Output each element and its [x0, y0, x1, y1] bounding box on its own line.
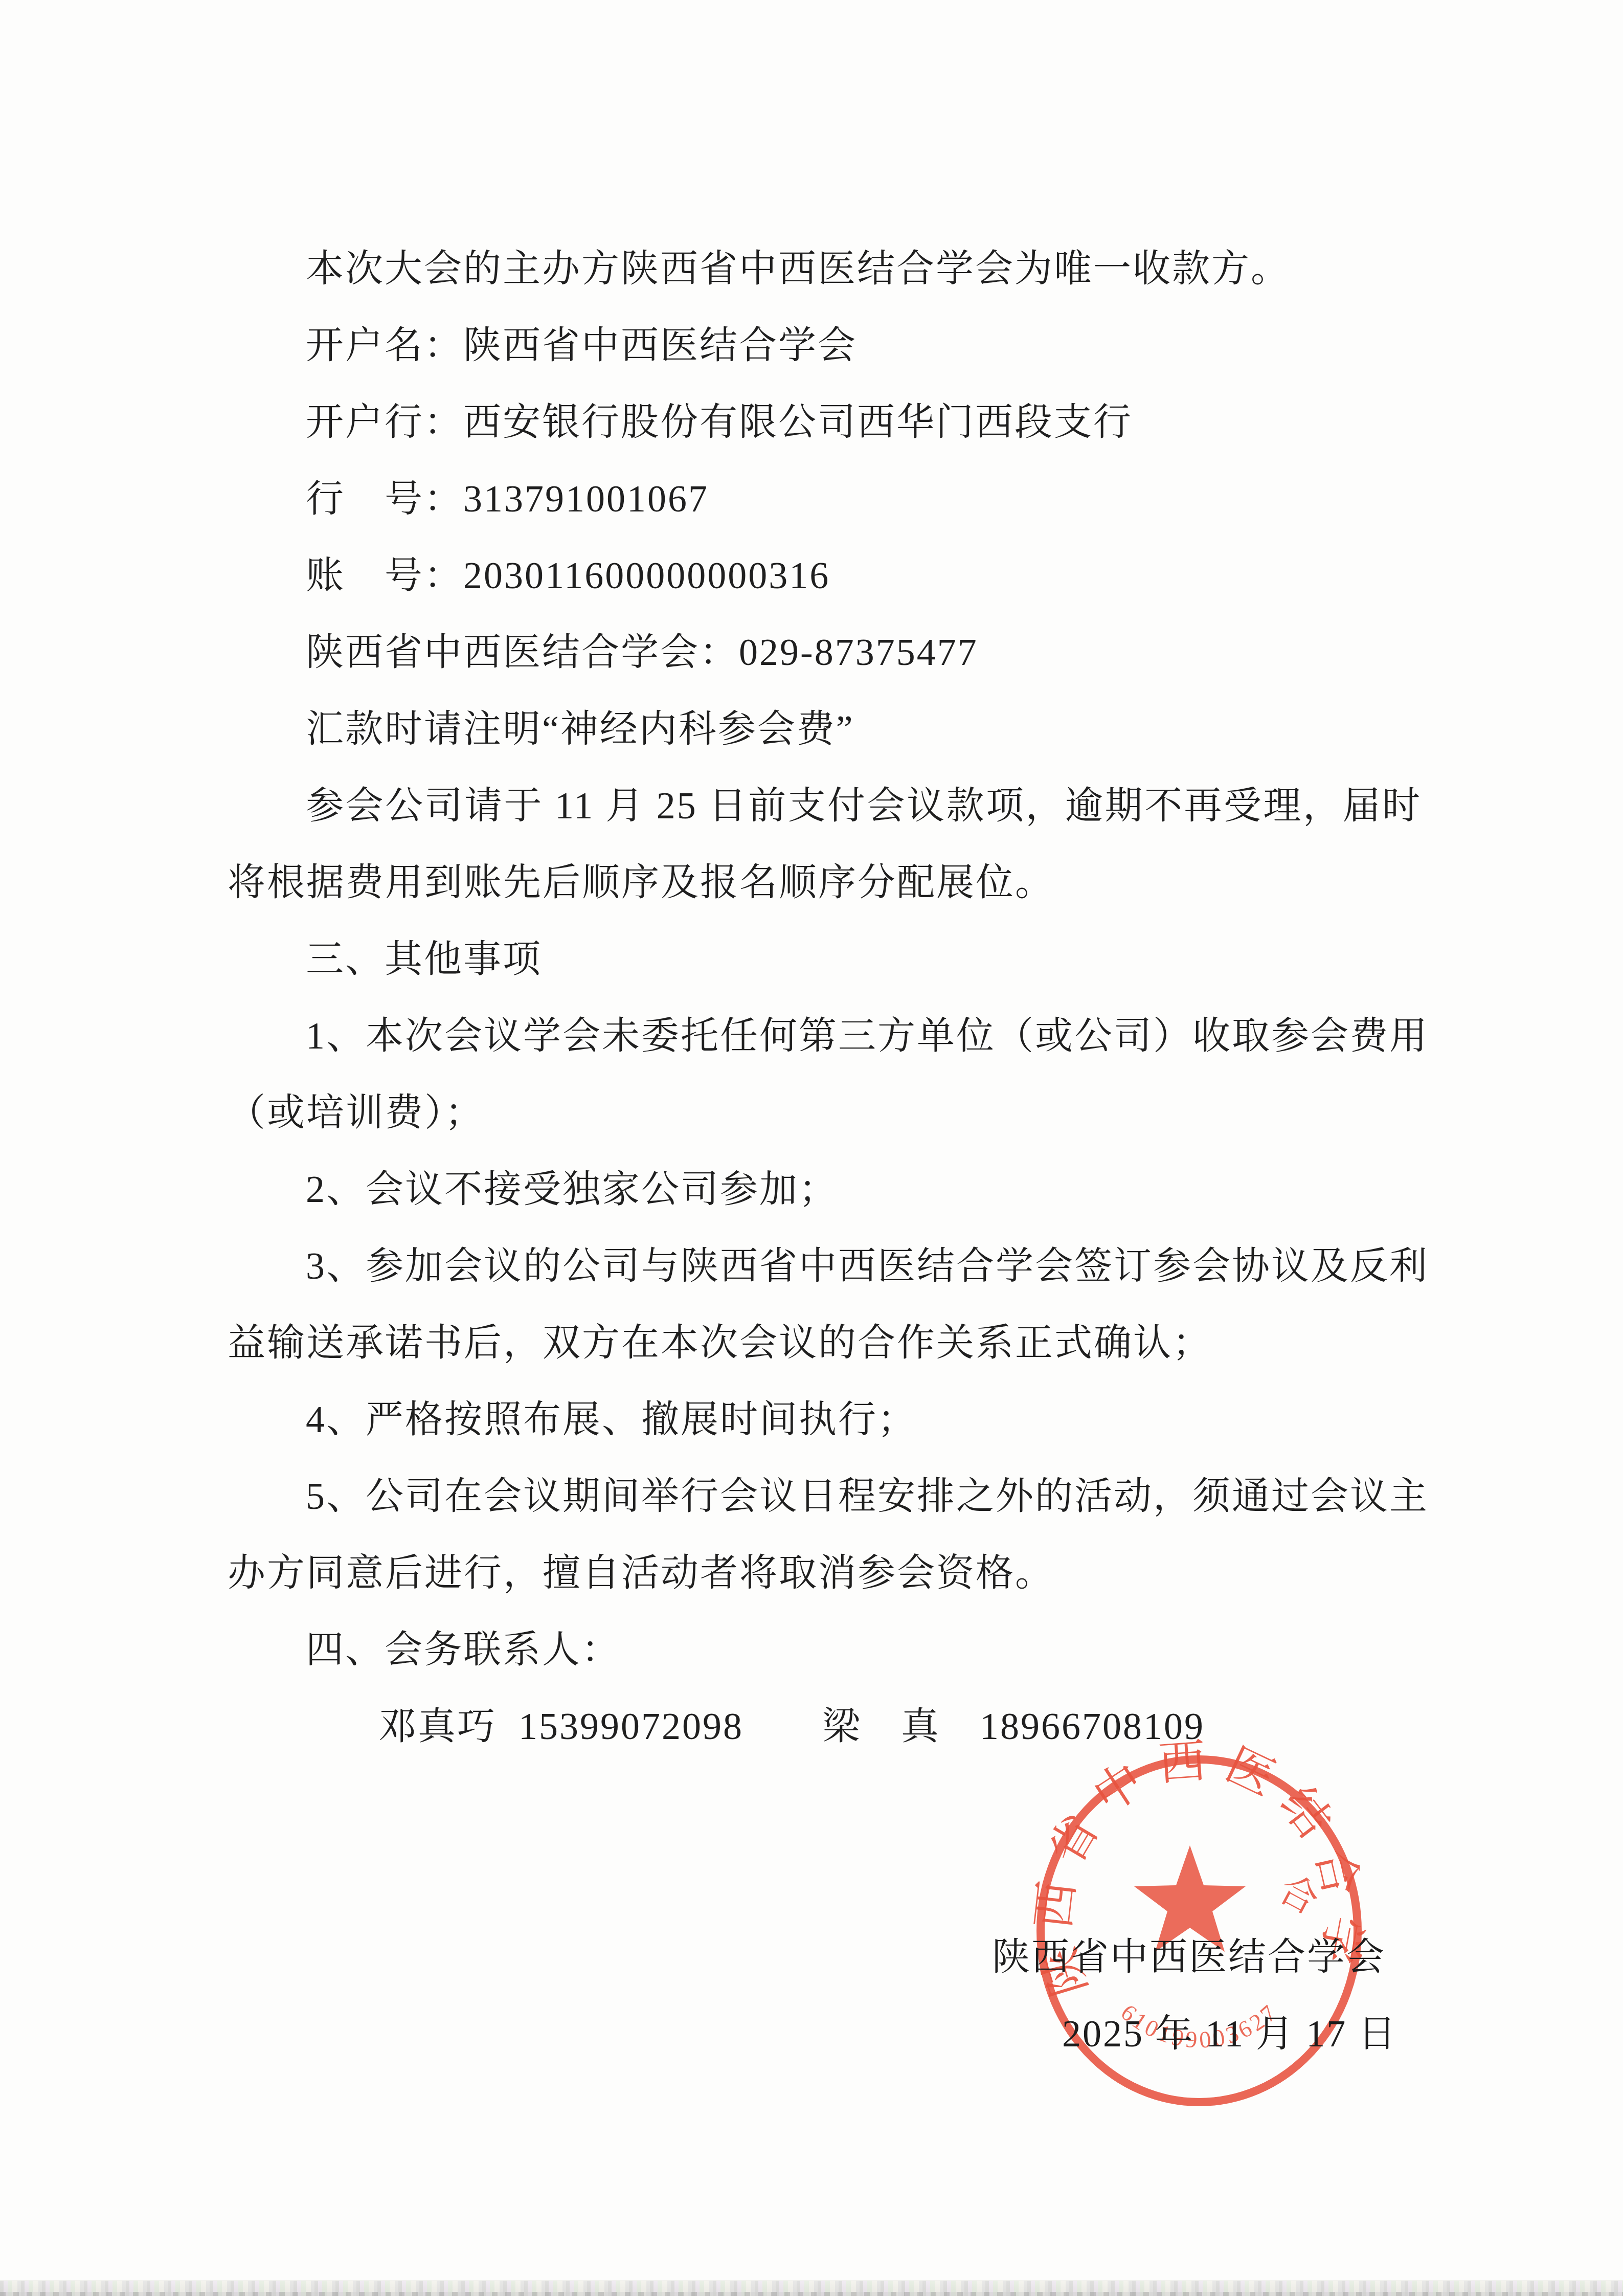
text-line: 汇款时请注明“神经内科参会费” — [306, 691, 854, 768]
text-line: 邓真巧 15399072098 梁 真 18966708109 — [378, 1688, 1205, 1765]
text-line: 三、其他事项 — [306, 921, 542, 998]
text-line: 陕西省中西医结合学会：029-87375477 — [306, 614, 978, 691]
text-line: 行 号：313791001067 — [306, 461, 709, 538]
text-line: 将根据费用到账先后顺序及报名顺序分配展位。 — [228, 844, 1054, 921]
text-line: 4、严格按照布展、撤展时间执行； — [306, 1381, 917, 1458]
text-line: 本次大会的主办方陕西省中西医结合学会为唯一收款方。 — [306, 231, 1290, 307]
text-line: 开户名：陕西省中西医结合学会 — [306, 307, 857, 384]
text-line: 参会公司请于 11 月 25 日前支付会议款项，逾期不再受理，届时 — [306, 768, 1422, 844]
text-line: 2、会议不接受独家公司参加； — [306, 1151, 838, 1228]
text-line: 开户行：西安银行股份有限公司西华门西段支行 — [306, 384, 1133, 461]
text-line: 1、本次会议学会未委托任何第三方单位（或公司）收取参会费用 — [306, 998, 1422, 1075]
text-line: 账 号：203011600000000316 — [306, 538, 830, 614]
text-line: （或培训费）； — [228, 1075, 484, 1151]
text-line: 5、公司在会议期间举行会议日程安排之外的活动，须通过会议主 — [306, 1458, 1422, 1535]
text-line: 3、参加会议的公司与陕西省中西医结合学会签订参会协议及反利 — [306, 1228, 1422, 1305]
text-line: 益输送承诺书后，双方在本次会议的合作关系正式确认； — [228, 1305, 1212, 1381]
text-line: 四、会务联系人： — [306, 1612, 621, 1688]
signature-date: 2025 年 11 月 17 日 — [1062, 1996, 1397, 2072]
text-line: 办方同意后进行，擅自活动者将取消参会资格。 — [228, 1535, 1054, 1612]
scan-noise-strip — [0, 2280, 1623, 2296]
document-page: 本次大会的主办方陕西省中西医结合学会为唯一收款方。 开户名：陕西省中西医结合学会… — [0, 0, 1623, 2296]
signature-org: 陕西省中西医结合学会 — [992, 1919, 1386, 1996]
